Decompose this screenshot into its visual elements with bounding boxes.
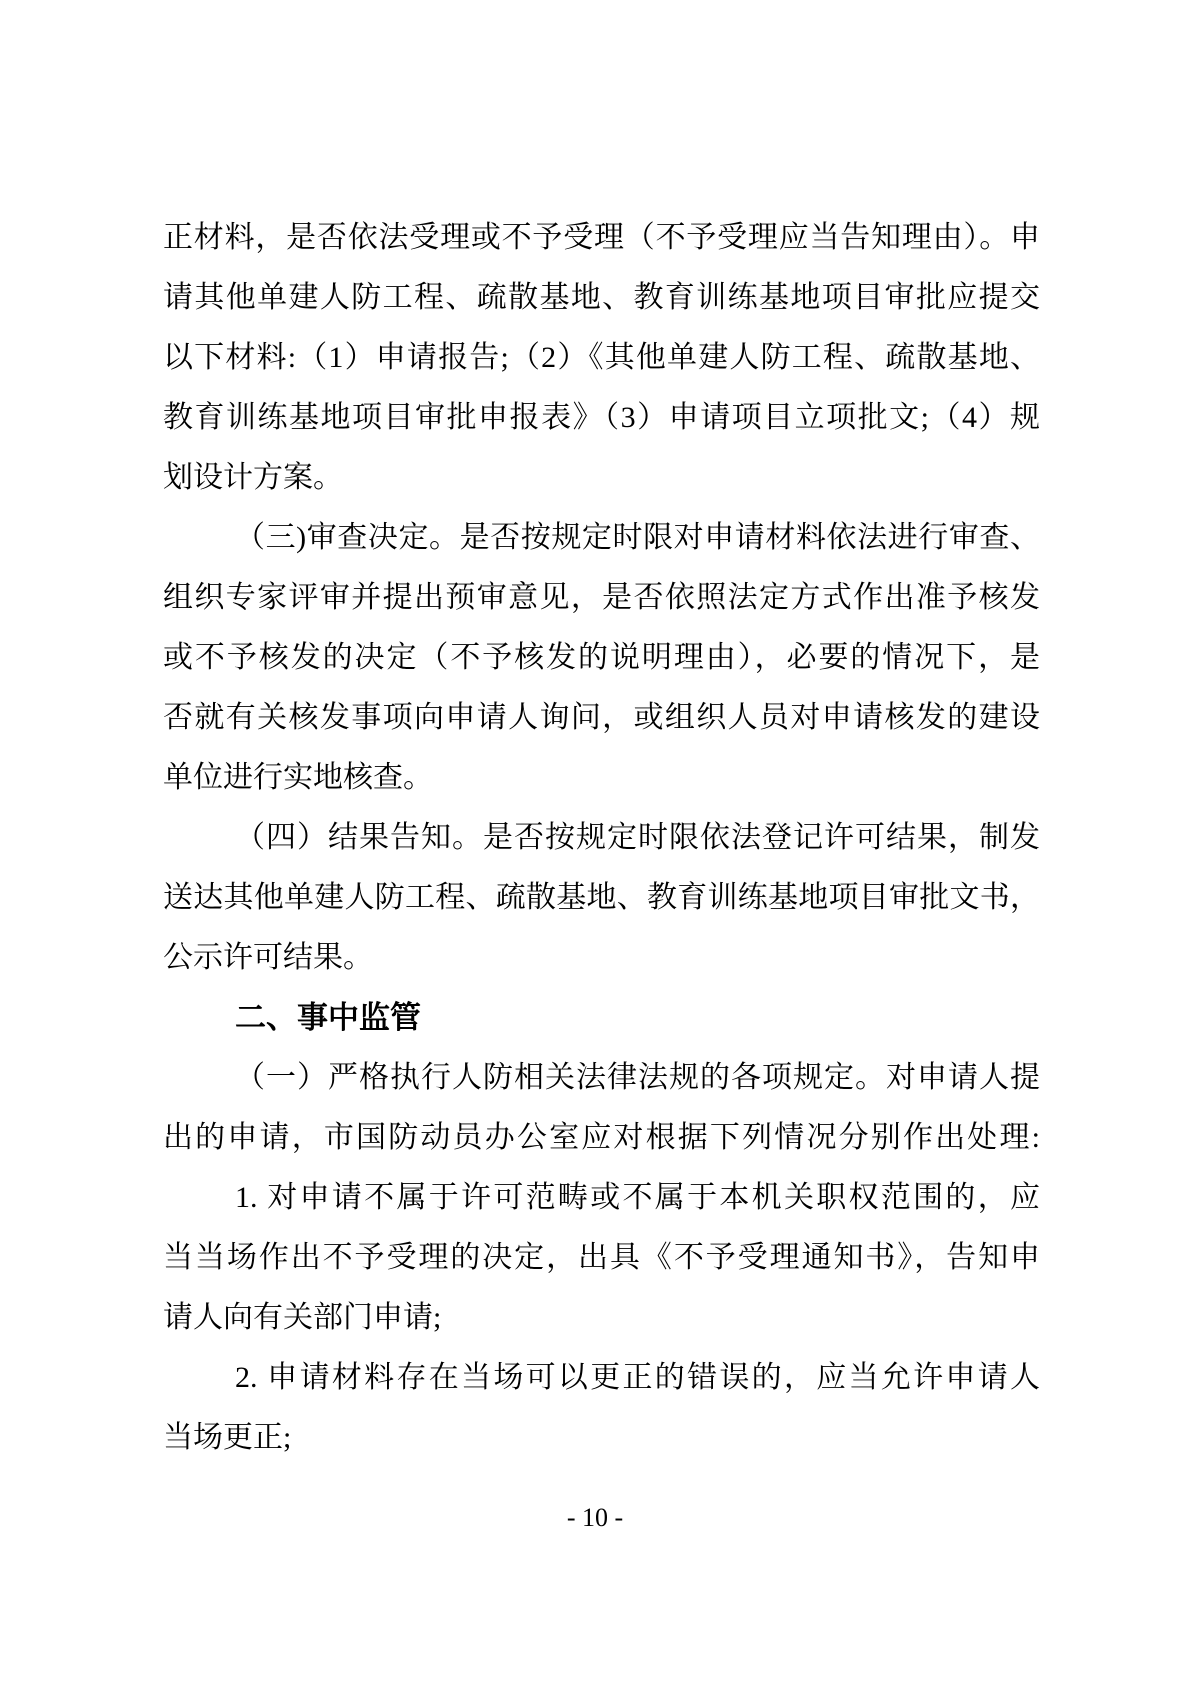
numbered-item-line: 2. 申请材料存在当场可以更正的错误的，应当允许申请人 xyxy=(163,1348,1040,1408)
text-line: 划设计方案。 xyxy=(163,448,1040,508)
text-line: 送达其他单建人防工程、疏散基地、教育训练基地项目审批文书， xyxy=(163,868,1040,928)
text-line: 请人向有关部门申请; xyxy=(163,1288,1040,1348)
paragraph-start-line: （四）结果告知。是否按规定时限依法登记许可结果，制发 xyxy=(163,808,1040,868)
paragraph-start-line: （三)审查决定。是否按规定时限对申请材料依法进行审查、 xyxy=(163,508,1040,568)
page-number: - 10 - xyxy=(0,1498,1190,1538)
text-line: 当场更正; xyxy=(163,1408,1040,1468)
text-line: 出的申请，市国防动员办公室应对根据下列情况分别作出处理: xyxy=(163,1108,1040,1168)
paragraph-start-line: （一）严格执行人防相关法律法规的各项规定。对申请人提 xyxy=(163,1048,1040,1108)
text-line: 当当场作出不予受理的决定，出具《不予受理通知书》，告知申 xyxy=(163,1228,1040,1288)
text-line: 否就有关核发事项向申请人询问，或组织人员对申请核发的建设 xyxy=(163,688,1040,748)
numbered-item-line: 1. 对申请不属于许可范畴或不属于本机关职权范围的，应 xyxy=(163,1168,1040,1228)
text-line: 请其他单建人防工程、疏散基地、教育训练基地项目审批应提交 xyxy=(163,268,1040,328)
document-page: 正材料，是否依法受理或不予受理（不予受理应当告知理由）。申 请其他单建人防工程、… xyxy=(0,0,1190,1683)
text-line: 单位进行实地核查。 xyxy=(163,748,1040,808)
document-body: 正材料，是否依法受理或不予受理（不予受理应当告知理由）。申 请其他单建人防工程、… xyxy=(163,208,1040,1468)
section-heading: 二、事中监管 xyxy=(163,988,1040,1048)
text-line: 教育训练基地项目审批申报表》（3）申请项目立项批文;（4）规 xyxy=(163,388,1040,448)
text-line: 组织专家评审并提出预审意见，是否依照法定方式作出准予核发 xyxy=(163,568,1040,628)
text-line: 或不予核发的决定（不予核发的说明理由），必要的情况下，是 xyxy=(163,628,1040,688)
text-line: 正材料，是否依法受理或不予受理（不予受理应当告知理由）。申 xyxy=(163,208,1040,268)
text-line: 公示许可结果。 xyxy=(163,928,1040,988)
text-line: 以下材料:（1）申请报告;（2）《其他单建人防工程、疏散基地、 xyxy=(163,328,1040,388)
